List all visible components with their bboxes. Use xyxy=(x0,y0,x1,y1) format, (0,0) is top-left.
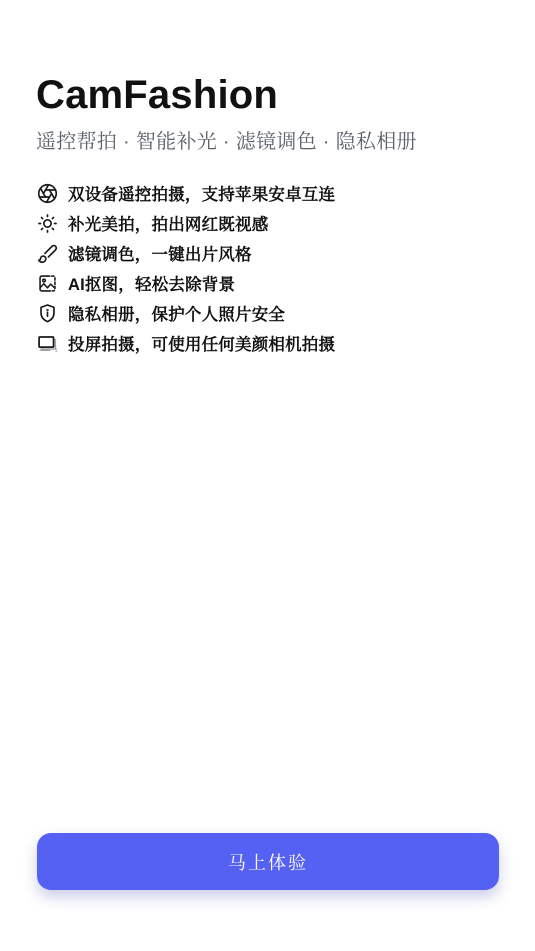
feature-row-ai-cutout: AI抠图，轻松去除背景 xyxy=(36,268,499,298)
onboarding-page: CamFashion 遥控帮拍 · 智能补光 · 滤镜调色 · 隐私相册 双设备… xyxy=(0,72,535,358)
feature-text: 投屏拍摄，可使用任何美颜相机拍摄 xyxy=(68,331,335,355)
cutout-image-icon xyxy=(36,272,58,294)
page-subtitle: 遥控帮拍 · 智能补光 · 滤镜调色 · 隐私相册 xyxy=(36,125,499,154)
feature-row-fill-light: 补光美拍，拍出网红既视感 xyxy=(36,208,499,238)
screen-mirror-icon xyxy=(36,332,58,354)
feature-list: 双设备遥控拍摄，支持苹果安卓互连 补光美拍，拍出网红既视感 滤镜调色，一键出片风… xyxy=(36,178,499,358)
feature-text: 补光美拍，拍出网红既视感 xyxy=(68,211,268,235)
feature-row-filters: 滤镜调色，一键出片风格 xyxy=(36,238,499,268)
feature-text: 隐私相册，保护个人照片安全 xyxy=(68,301,285,325)
brush-icon xyxy=(36,242,58,264)
feature-row-screen-cast: 投屏拍摄，可使用任何美颜相机拍摄 xyxy=(36,328,499,358)
feature-row-private-album: 隐私相册，保护个人照片安全 xyxy=(36,298,499,328)
aperture-icon xyxy=(36,182,58,204)
try-now-button[interactable]: 马上体验 xyxy=(37,833,499,890)
page-title: CamFashion xyxy=(36,72,499,118)
brightness-icon xyxy=(36,212,58,234)
shield-alert-icon xyxy=(36,302,58,324)
feature-text: 滤镜调色，一键出片风格 xyxy=(68,241,252,265)
feature-text: 双设备遥控拍摄，支持苹果安卓互连 xyxy=(68,181,335,205)
feature-row-remote-shoot: 双设备遥控拍摄，支持苹果安卓互连 xyxy=(36,178,499,208)
feature-text: AI抠图，轻松去除背景 xyxy=(68,271,235,295)
